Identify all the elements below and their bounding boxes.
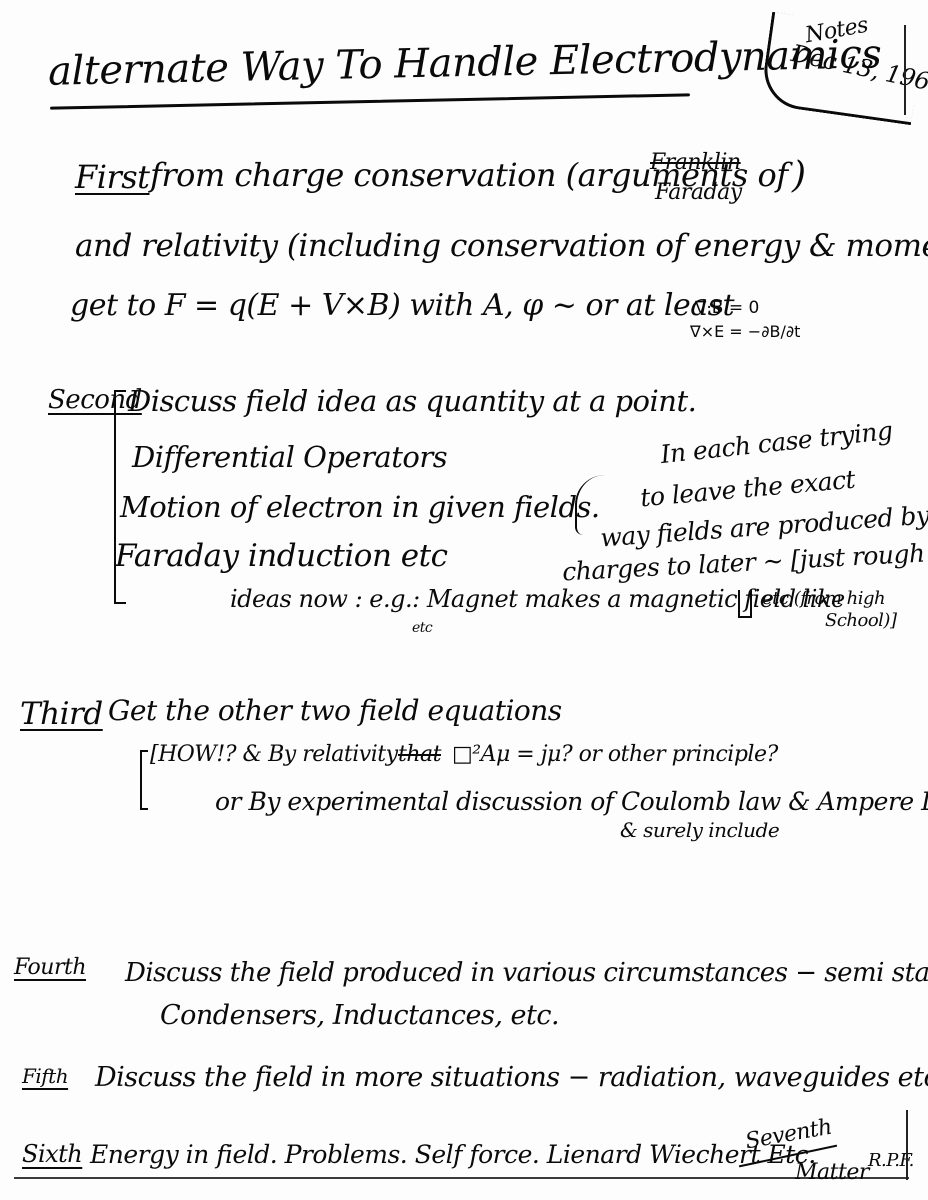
sixth-line-1: Energy in field. Problems. Self force. L…	[90, 1140, 816, 1169]
section-label-sixth: Sixth	[22, 1140, 82, 1168]
scanned-note-page: alternate Way To Handle Electrodynamics …	[0, 0, 928, 1200]
section-label-first: First	[75, 158, 150, 196]
seventh-text: Matter	[795, 1160, 869, 1185]
third-line-1: Get the other two field equations	[108, 694, 562, 727]
third-line-3: or By experimental discussion of Coulomb…	[215, 787, 928, 816]
equation-curl-e: ∇×E = −∂B/∂t	[690, 322, 800, 341]
second-line-5-tail: etc (from high	[762, 588, 885, 609]
first-correction: Faraday	[655, 180, 742, 205]
side-note-brace	[575, 475, 607, 535]
third-line-4: & surely include	[620, 818, 779, 842]
second-line-5: ideas now : e.g.: Magnet makes a magneti…	[230, 585, 845, 613]
first-close-paren: )	[792, 155, 806, 196]
fourth-line-1: Discuss the field produced in various ci…	[125, 958, 928, 988]
section-label-fourth: Fourth	[14, 955, 86, 980]
first-line-2: and relativity (including conservation o…	[75, 228, 928, 264]
fourth-line-2: Condensers, Inductances, etc.	[160, 1000, 559, 1031]
document-title: alternate Way To Handle Electrodynamics	[48, 31, 882, 94]
title-underline	[50, 93, 690, 109]
second-line-5-tail-2: School)]	[825, 610, 896, 631]
page-right-edge	[904, 25, 906, 115]
page-bottom-edge	[14, 1177, 909, 1179]
second-item-1: Discuss field idea as quantity at a poin…	[128, 384, 696, 418]
page-right-edge-bottom	[906, 1110, 908, 1180]
second-under-note: etc	[412, 620, 432, 636]
third-line-2b: □²Aμ = jμ? or other principle?	[452, 742, 778, 767]
second-item-3: Motion of electron in given fields.	[120, 490, 600, 524]
third-line-2-struck: that	[398, 742, 441, 767]
section-label-third: Third	[20, 696, 103, 732]
second-item-2: Differential Operators	[132, 440, 447, 474]
third-line-2a: [HOW!? & By relativity	[150, 742, 398, 767]
equation-div-b: ∇·B = 0	[695, 298, 759, 318]
fifth-line-1: Discuss the field in more situations − r…	[95, 1062, 928, 1093]
second-side-note-2: to leave the exact	[639, 465, 856, 513]
magnet-sketch-icon	[738, 590, 752, 618]
section-label-fifth: Fifth	[22, 1064, 68, 1088]
first-struck-word: Franklin	[650, 150, 741, 175]
second-item-4: Faraday induction etc	[115, 538, 447, 574]
second-side-note-1: In each case trying	[659, 416, 894, 469]
first-line-3: get to F = q(E + V×B) with A, φ ~ or at …	[70, 288, 734, 323]
third-bracket	[140, 750, 148, 810]
